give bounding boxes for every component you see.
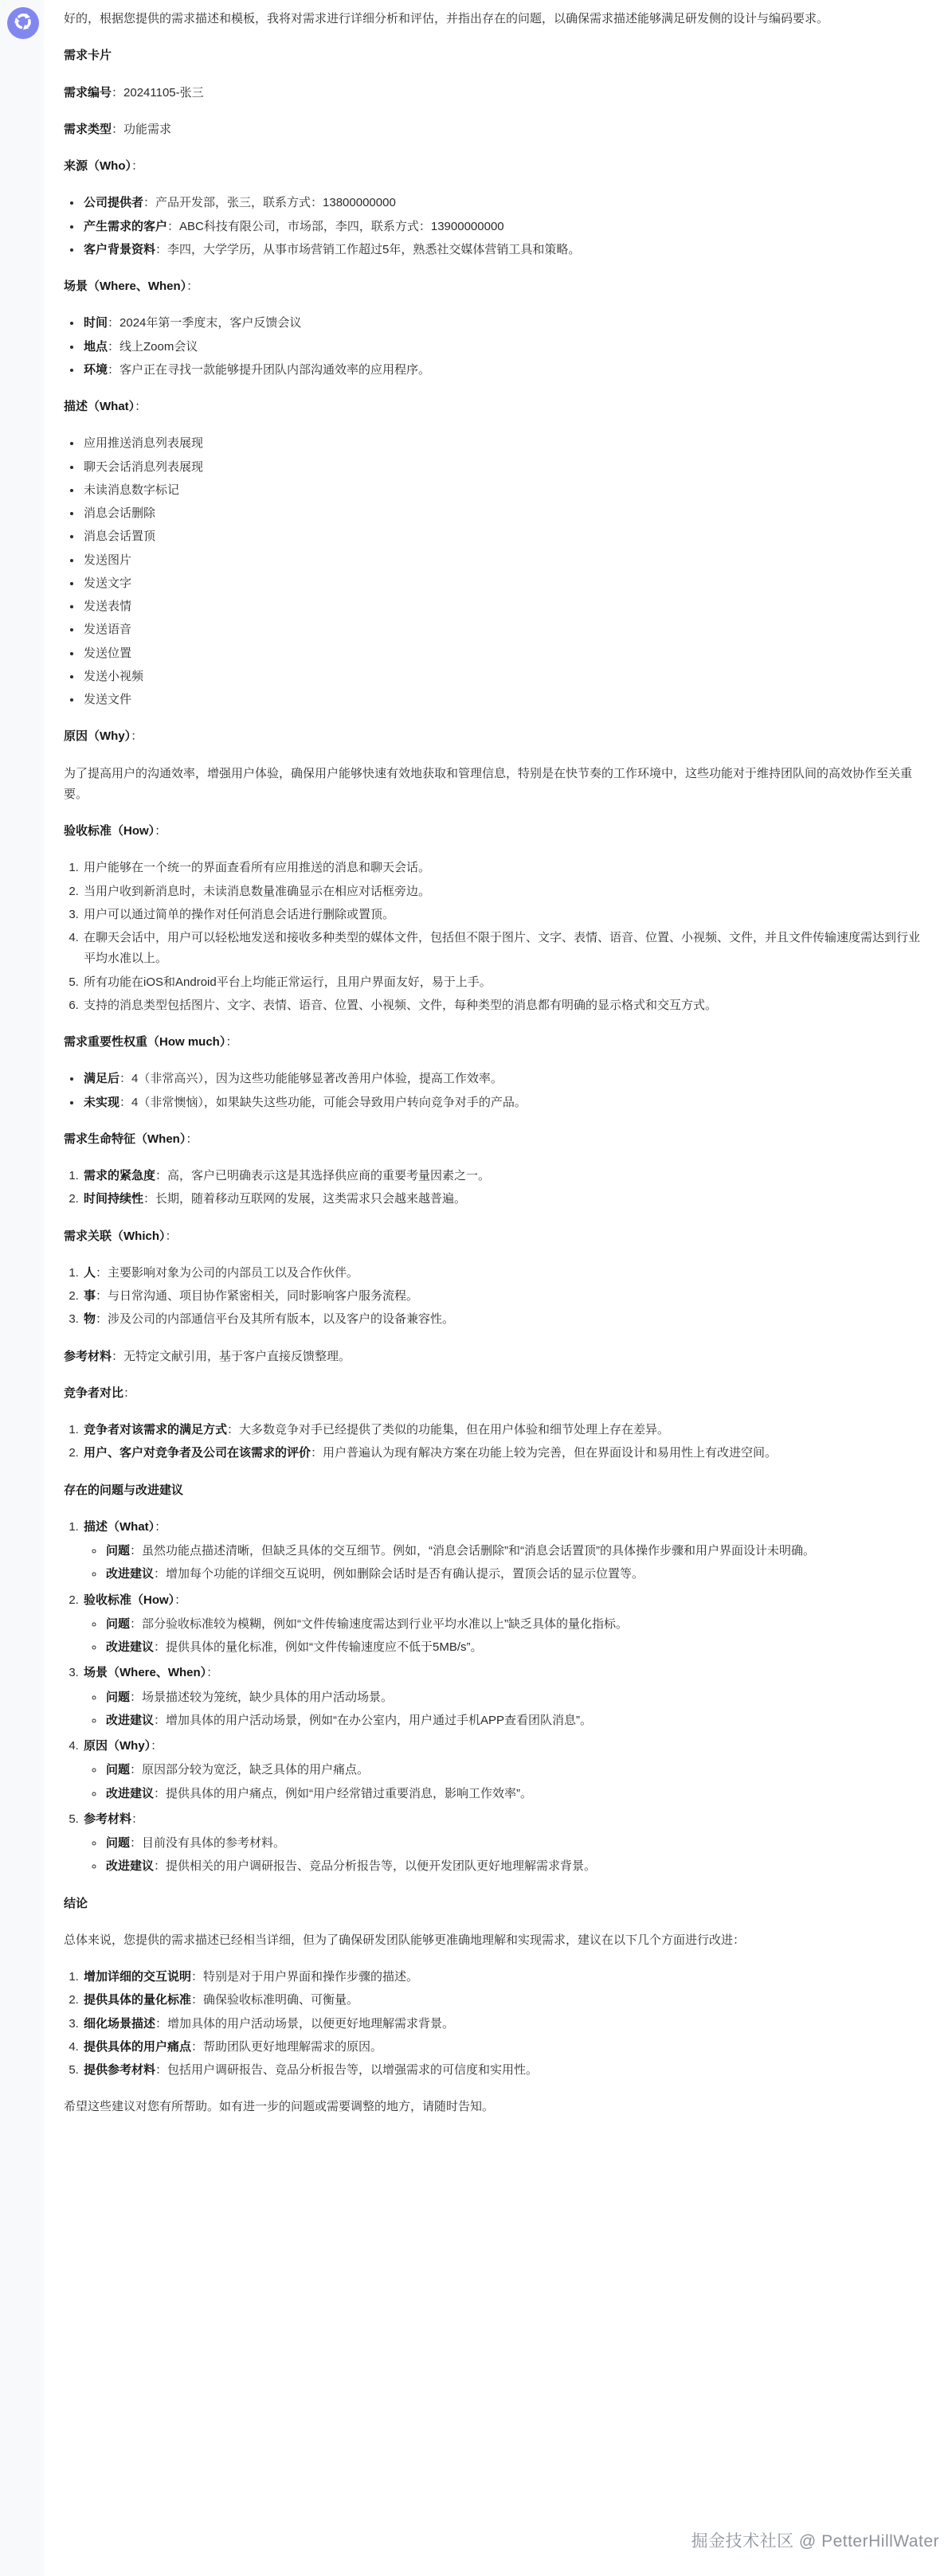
- text-run: ：目前没有具体的参考材料。: [130, 1836, 285, 1850]
- text-run: 总体来说，您提供的需求描述已经相当详细，但为了确保研发团队能够更准确地理解和实现…: [64, 1933, 745, 1947]
- list-item: 参考材料：问题：目前没有具体的参考材料。改进建议：提供相关的用户调研报告、竞品分…: [82, 1809, 927, 1878]
- ordered-list: 需求的紧急度：高，客户已明确表示这是其选择供应商的重要考量因素之一。时间持续性：…: [64, 1166, 927, 1210]
- list-item: 改进建议：提供具体的用户痛点，例如“用户经常错过重要消息，影响工作效率”。: [104, 1784, 927, 1804]
- text-run: ：4（非常懊恼），如果缺失这些功能，可能会导致用户转向竞争对手的产品。: [119, 1096, 527, 1109]
- list-item: 人：主要影响对象为公司的内部员工以及合作伙伴。: [82, 1263, 927, 1284]
- text-run: ：帮助团队更好地理解需求的原因。: [191, 2040, 382, 2054]
- list-item: 公司提供者：产品开发部，张三，联系方式：13800000000: [82, 193, 927, 213]
- text-run: ：: [155, 1520, 167, 1534]
- list-item: 环境：客户正在寻找一款能够提升团队内部沟通效率的应用程序。: [82, 360, 927, 381]
- text-run: ：: [135, 400, 147, 413]
- text-run: ：虽然功能点描述清晰，但缺乏具体的交互细节。例如，“消息会话删除”和“消息会话置…: [130, 1544, 815, 1558]
- paragraph: 存在的问题与改进建议: [64, 1480, 927, 1501]
- text-run: ：特别是对于用户界面和操作步骤的描述。: [191, 1970, 418, 1984]
- bullet-list: 问题：场景描述较为笼统，缺少具体的用户活动场景。改进建议：增加具体的用户活动场景…: [84, 1687, 927, 1732]
- text-run: ：涉及公司的内部通信平台及其所有版本，以及客户的设备兼容性。: [96, 1312, 454, 1326]
- bold-text: 改进建议: [106, 1567, 154, 1581]
- list-item: 问题：原因部分较为宽泛，缺乏具体的用户痛点。: [104, 1760, 927, 1781]
- text-run: 希望这些建议对您有所帮助。如有进一步的问题或需要调整的地方，请随时告知。: [64, 2100, 494, 2113]
- paragraph: 竞争者对比：: [64, 1383, 927, 1404]
- text-run: ：长期，随着移动互联网的发展，这类需求只会越来越普遍。: [143, 1192, 466, 1206]
- text-run: ：: [131, 729, 143, 743]
- bold-text: 提供参考材料: [84, 2063, 155, 2077]
- text-run: 在聊天会话中，用户可以轻松地发送和接收多种类型的媒体文件，包括但不限于图片、文字…: [84, 931, 920, 965]
- bold-text: 公司提供者: [84, 196, 143, 209]
- list-item: 事：与日常沟通、项目协作紧密相关，同时影响客户服务流程。: [82, 1286, 927, 1307]
- bold-text: 竞争者对比: [64, 1386, 123, 1400]
- bullet-list: 应用推送消息列表展现聊天会话消息列表展现未读消息数字标记消息会话删除消息会话置顶…: [64, 433, 927, 710]
- watermark: 掘金技术社区 @ PetterHillWater: [691, 2528, 939, 2552]
- paragraph: 需求编号：20241105-张三: [64, 83, 927, 104]
- paragraph: 描述（What）：: [64, 397, 927, 417]
- list-item: 消息会话置顶: [82, 526, 927, 547]
- text-run: ：包括用户调研报告、竞品分析报告等，以增强需求的可信度和实用性。: [155, 2063, 538, 2077]
- ordered-list: 描述（What）：问题：虽然功能点描述清晰，但缺乏具体的交互细节。例如，“消息会…: [64, 1517, 927, 1878]
- list-item: 发送小视频: [82, 666, 927, 687]
- text-run: ：原因部分较为宽泛，缺乏具体的用户痛点。: [130, 1763, 369, 1777]
- text-run: 发送小视频: [84, 670, 143, 683]
- bold-text: 提供具体的量化标准: [84, 1993, 191, 2007]
- text-run: 支持的消息类型包括图片、文字、表情、语音、位置、小视频、文件，每种类型的消息都有…: [84, 999, 717, 1012]
- text-run: 当用户收到新消息时，未读消息数量准确显示在相应对话框旁边。: [84, 885, 430, 898]
- list-item: 问题：虽然功能点描述清晰，但缺乏具体的交互细节。例如，“消息会话删除”和“消息会…: [104, 1541, 927, 1562]
- text-run: ：功能需求: [112, 123, 171, 136]
- list-item: 改进建议：增加每个功能的详细交互说明，例如删除会话时是否有确认提示，置顶会话的显…: [104, 1564, 927, 1585]
- ordered-list: 人：主要影响对象为公司的内部员工以及合作伙伴。事：与日常沟通、项目协作紧密相关，…: [64, 1263, 927, 1331]
- text-run: ：: [155, 824, 167, 838]
- list-item: 提供参考材料：包括用户调研报告、竞品分析报告等，以增强需求的可信度和实用性。: [82, 2060, 927, 2081]
- text-run: 发送文件: [84, 693, 131, 706]
- text-run: ：高，客户已明确表示这是其选择供应商的重要考量因素之一。: [155, 1169, 490, 1182]
- list-item: 未实现：4（非常懊恼），如果缺失这些功能，可能会导致用户转向竞争对手的产品。: [82, 1093, 927, 1113]
- bold-text: 需求关联（Which）: [64, 1229, 166, 1243]
- text-run: 消息会话置顶: [84, 530, 155, 543]
- bold-text: 细化场景描述: [84, 2017, 155, 2031]
- ordered-list: 用户能够在一个统一的界面查看所有应用推送的消息和聊天会话。当用户收到新消息时，未…: [64, 858, 927, 1016]
- text-run: 发送语音: [84, 623, 131, 636]
- text-run: 发送位置: [84, 647, 131, 660]
- list-item: 时间：2024年第一季度末，客户反馈会议: [82, 313, 927, 334]
- list-item: 发送文件: [82, 690, 927, 710]
- list-item: 改进建议：增加具体的用户活动场景，例如“在办公室内，用户通过手机APP查看团队消…: [104, 1710, 927, 1731]
- paragraph: 好的，根据您提供的需求描述和模板，我将对需求进行详细分析和评估，并指出存在的问题…: [64, 9, 927, 29]
- bold-text: 描述（What）: [64, 400, 135, 413]
- text-run: 所有功能在iOS和Android平台上均能正常运行，且用户界面友好，易于上手。: [84, 975, 492, 989]
- paragraph: 需求关联（Which）：: [64, 1226, 927, 1247]
- text-run: ：确保验收标准明确、可衡量。: [191, 1993, 358, 2007]
- list-item: 发送文字: [82, 573, 927, 594]
- list-item: 发送表情: [82, 596, 927, 617]
- text-run: ：增加具体的用户活动场景，以便更好地理解需求背景。: [155, 2017, 454, 2031]
- text-run: ：: [225, 1035, 237, 1049]
- bold-text: 改进建议: [106, 1787, 154, 1800]
- ordered-list: 增加详细的交互说明：特别是对于用户界面和操作步骤的描述。提供具体的量化标准：确保…: [64, 1967, 927, 2081]
- list-item: 满足后：4（非常高兴），因为这些功能能够显著改善用户体验，提高工作效率。: [82, 1069, 927, 1089]
- text-run: ：: [131, 1812, 143, 1826]
- bold-text: 未实现: [84, 1096, 119, 1109]
- list-item: 用户可以通过简单的操作对任何消息会话进行删除或置顶。: [82, 905, 927, 925]
- paragraph: 参考材料：无特定文献引用，基于客户直接反馈整理。: [64, 1347, 927, 1367]
- bullet-list: 问题：原因部分较为宽泛，缺乏具体的用户痛点。改进建议：提供具体的用户痛点，例如“…: [84, 1760, 927, 1804]
- bold-text: 需求生命特征（When）: [64, 1132, 186, 1146]
- list-item: 用户能够在一个统一的界面查看所有应用推送的消息和聊天会话。: [82, 858, 927, 878]
- text-run: ：提供具体的量化标准，例如“文件传输速度应不低于5MB/s”。: [154, 1640, 483, 1654]
- list-item: 细化场景描述：增加具体的用户活动场景，以便更好地理解需求背景。: [82, 2014, 927, 2035]
- paragraph: 结论: [64, 1894, 927, 1914]
- list-item: 验收标准（How）：问题：部分验收标准较为模糊，例如“文件传输速度需达到行业平均…: [82, 1590, 927, 1659]
- paragraph: 场景（Where、When）：: [64, 276, 927, 297]
- text-run: ：: [166, 1229, 178, 1243]
- bold-text: 原因（Why）: [64, 729, 131, 743]
- text-run: 消息会话删除: [84, 506, 155, 520]
- list-item: 物：涉及公司的内部通信平台及其所有版本，以及客户的设备兼容性。: [82, 1309, 927, 1330]
- text-run: 应用推送消息列表展现: [84, 436, 203, 450]
- list-item: 应用推送消息列表展现: [82, 433, 927, 454]
- list-item: 提供具体的用户痛点：帮助团队更好地理解需求的原因。: [82, 2037, 927, 2058]
- bold-text: 改进建议: [106, 1640, 154, 1654]
- bullet-list: 时间：2024年第一季度末，客户反馈会议地点：线上Zoom会议环境：客户正在寻找…: [64, 313, 927, 381]
- list-item: 时间持续性：长期，随着移动互联网的发展，这类需求只会越来越普遍。: [82, 1189, 927, 1210]
- list-item: 未读消息数字标记: [82, 480, 927, 501]
- list-item: 增加详细的交互说明：特别是对于用户界面和操作步骤的描述。: [82, 1967, 927, 1988]
- text-run: 好的，根据您提供的需求描述和模板，我将对需求进行详细分析和评估，并指出存在的问题…: [64, 12, 829, 25]
- paragraph: 验收标准（How）：: [64, 821, 927, 842]
- paragraph: 希望这些建议对您有所帮助。如有进一步的问题或需要调整的地方，请随时告知。: [64, 2097, 927, 2117]
- paragraph: 需求重要性权重（How much）：: [64, 1032, 927, 1053]
- bullet-list: 问题：目前没有具体的参考材料。改进建议：提供相关的用户调研报告、竞品分析报告等，…: [84, 1833, 927, 1878]
- text-run: ：: [131, 159, 143, 173]
- list-item: 当用户收到新消息时，未读消息数量准确显示在相应对话框旁边。: [82, 881, 927, 902]
- bold-text: 满足后: [84, 1072, 119, 1085]
- list-item: 消息会话删除: [82, 503, 927, 524]
- list-item: 所有功能在iOS和Android平台上均能正常运行，且用户界面友好，易于上手。: [82, 972, 927, 993]
- text-run: 发送表情: [84, 600, 131, 613]
- bold-text: 需求重要性权重（How much）: [64, 1035, 225, 1049]
- bold-text: 物: [84, 1312, 96, 1326]
- bold-text: 问题: [106, 1691, 130, 1704]
- bold-text: 参考材料: [64, 1350, 112, 1363]
- bold-text: 事: [84, 1289, 96, 1303]
- message-body: 好的，根据您提供的需求描述和模板，我将对需求进行详细分析和评估，并指出存在的问题…: [64, 0, 927, 2190]
- bold-text: 原因（Why）: [84, 1739, 151, 1753]
- bold-text: 场景（Where、When）: [84, 1666, 206, 1679]
- bold-text: 需求编号: [64, 86, 112, 100]
- list-item: 问题：目前没有具体的参考材料。: [104, 1833, 927, 1854]
- text-run: ：大多数竞争对手已经提供了类似的功能集，但在用户体验和细节处理上存在差异。: [227, 1423, 669, 1437]
- bold-text: 问题: [106, 1763, 130, 1777]
- text-run: ：提供具体的用户痛点，例如“用户经常错过重要消息，影响工作效率”。: [154, 1787, 532, 1800]
- bold-text: 需求的紧急度: [84, 1169, 155, 1182]
- list-item: 发送图片: [82, 550, 927, 571]
- text-run: 发送图片: [84, 553, 131, 567]
- list-item: 用户、客户对竞争者及公司在该需求的评价：用户普遍认为现有解决方案在功能上较为完善…: [82, 1443, 927, 1464]
- bold-text: 人: [84, 1266, 96, 1280]
- text-run: ：客户正在寻找一款能够提升团队内部沟通效率的应用程序。: [108, 363, 430, 377]
- bullet-list: 公司提供者：产品开发部，张三，联系方式：13800000000产生需求的客户：A…: [64, 193, 927, 260]
- text-run: ：无特定文献引用，基于客户直接反馈整理。: [112, 1350, 351, 1363]
- text-run: ：场景描述较为笼统，缺少具体的用户活动场景。: [130, 1691, 393, 1704]
- list-item: 原因（Why）：问题：原因部分较为宽泛，缺乏具体的用户痛点。改进建议：提供具体的…: [82, 1736, 927, 1804]
- bold-text: 存在的问题与改进建议: [64, 1483, 183, 1497]
- bold-text: 时间持续性: [84, 1192, 143, 1206]
- text-run: ：: [186, 1132, 198, 1146]
- text-run: ：20241105-张三: [112, 86, 204, 100]
- bold-text: 来源（Who）: [64, 159, 131, 173]
- tri-arrow-logo-icon: [11, 10, 35, 37]
- text-run: ：: [151, 1739, 163, 1753]
- bold-text: 需求类型: [64, 123, 112, 136]
- list-item: 问题：部分验收标准较为模糊，例如“文件传输速度需达到行业平均水准以上”缺乏具体的…: [104, 1614, 927, 1635]
- list-item: 竞争者对该需求的满足方式：大多数竞争对手已经提供了类似的功能集，但在用户体验和细…: [82, 1420, 927, 1440]
- bullet-list: 问题：虽然功能点描述清晰，但缺乏具体的交互细节。例如，“消息会话删除”和“消息会…: [84, 1541, 927, 1585]
- bold-text: 地点: [84, 340, 108, 354]
- paragraph: 需求类型：功能需求: [64, 119, 927, 140]
- bold-text: 改进建议: [106, 1859, 154, 1873]
- bold-text: 提供具体的用户痛点: [84, 2040, 191, 2054]
- text-run: ：增加每个功能的详细交互说明，例如删除会话时是否有确认提示，置顶会话的显示位置等…: [154, 1567, 644, 1581]
- bold-text: 用户、客户对竞争者及公司在该需求的评价: [84, 1446, 311, 1460]
- bold-text: 参考材料: [84, 1812, 131, 1826]
- text-run: ：线上Zoom会议: [108, 340, 198, 354]
- text-run: ：提供相关的用户调研报告、竞品分析报告等，以便开发团队更好地理解需求背景。: [154, 1859, 596, 1873]
- bold-text: 结论: [64, 1897, 88, 1910]
- text-run: ：ABC科技有限公司，市场部，李四，联系方式：13900000000: [167, 220, 504, 233]
- list-item: 需求的紧急度：高，客户已明确表示这是其选择供应商的重要考量因素之一。: [82, 1166, 927, 1186]
- text-run: ：产品开发部，张三，联系方式：13800000000: [143, 196, 396, 209]
- text-run: ：主要影响对象为公司的内部员工以及合作伙伴。: [96, 1266, 358, 1280]
- text-run: ：: [206, 1666, 218, 1679]
- text-run: ：部分验收标准较为模糊，例如“文件传输速度需达到行业平均水准以上”缺乏具体的量化…: [130, 1617, 628, 1631]
- text-run: 用户能够在一个统一的界面查看所有应用推送的消息和聊天会话。: [84, 861, 430, 874]
- list-item: 发送位置: [82, 643, 927, 664]
- list-item: 在聊天会话中，用户可以轻松地发送和接收多种类型的媒体文件，包括但不限于图片、文字…: [82, 928, 927, 970]
- bold-text: 时间: [84, 316, 108, 330]
- assistant-avatar: [7, 7, 39, 39]
- text-run: ：增加具体的用户活动场景，例如“在办公室内，用户通过手机APP查看团队消息”。: [154, 1714, 592, 1727]
- bold-text: 产生需求的客户: [84, 220, 167, 233]
- ordered-list: 竞争者对该需求的满足方式：大多数竞争对手已经提供了类似的功能集，但在用户体验和细…: [64, 1420, 927, 1464]
- list-item: 发送语音: [82, 620, 927, 640]
- bold-text: 验收标准（How）: [64, 824, 155, 838]
- avatar-rail: [0, 0, 44, 2576]
- text-run: ：与日常沟通、项目协作紧密相关，同时影响客户服务流程。: [96, 1289, 418, 1303]
- text-run: 为了提高用户的沟通效率，增强用户体验，确保用户能够快速有效地获取和管理信息，特别…: [64, 767, 912, 801]
- list-item: 支持的消息类型包括图片、文字、表情、语音、位置、小视频、文件，每种类型的消息都有…: [82, 995, 927, 1016]
- text-run: ：4（非常高兴），因为这些功能能够显著改善用户体验，提高工作效率。: [119, 1072, 503, 1085]
- text-run: ：2024年第一季度末，客户反馈会议: [108, 316, 301, 330]
- bold-text: 验收标准（How）: [84, 1593, 174, 1607]
- list-item: 地点：线上Zoom会议: [82, 337, 927, 358]
- bold-text: 问题: [106, 1836, 130, 1850]
- paragraph: 总体来说，您提供的需求描述已经相当详细，但为了确保研发团队能够更准确地理解和实现…: [64, 1930, 927, 1951]
- paragraph: 来源（Who）：: [64, 156, 927, 177]
- bold-text: 问题: [106, 1544, 130, 1558]
- bold-text: 竞争者对该需求的满足方式: [84, 1423, 227, 1437]
- bold-text: 改进建议: [106, 1714, 154, 1727]
- bold-text: 环境: [84, 363, 108, 377]
- text-run: ：: [123, 1386, 135, 1400]
- paragraph: 需求生命特征（When）：: [64, 1129, 927, 1150]
- list-item: 描述（What）：问题：虽然功能点描述清晰，但缺乏具体的交互细节。例如，“消息会…: [82, 1517, 927, 1585]
- text-run: 聊天会话消息列表展现: [84, 460, 203, 474]
- list-item: 场景（Where、When）：问题：场景描述较为笼统，缺少具体的用户活动场景。改…: [82, 1663, 927, 1731]
- paragraph: 为了提高用户的沟通效率，增强用户体验，确保用户能够快速有效地获取和管理信息，特别…: [64, 764, 927, 806]
- list-item: 提供具体的量化标准：确保验收标准明确、可衡量。: [82, 1990, 927, 2011]
- bold-text: 描述（What）: [84, 1520, 155, 1534]
- bullet-list: 问题：部分验收标准较为模糊，例如“文件传输速度需达到行业平均水准以上”缺乏具体的…: [84, 1614, 927, 1659]
- bold-text: 场景（Where、When）: [64, 279, 186, 293]
- chat-message-page: 好的，根据您提供的需求描述和模板，我将对需求进行详细分析和评估，并指出存在的问题…: [0, 0, 952, 2576]
- paragraph: 需求卡片: [64, 45, 927, 66]
- paragraph: 原因（Why）：: [64, 726, 927, 747]
- text-run: ：李四，大学学历，从事市场营销工作超过5年，熟悉社交媒体营销工具和策略。: [155, 243, 580, 256]
- list-item: 客户背景资料：李四，大学学历，从事市场营销工作超过5年，熟悉社交媒体营销工具和策…: [82, 240, 927, 260]
- text-run: ：用户普遍认为现有解决方案在功能上较为完善，但在界面设计和易用性上有改进空间。: [311, 1446, 777, 1460]
- bold-text: 需求卡片: [64, 49, 112, 62]
- text-run: 未读消息数字标记: [84, 483, 179, 497]
- bold-text: 客户背景资料: [84, 243, 155, 256]
- text-run: 用户可以通过简单的操作对任何消息会话进行删除或置顶。: [84, 908, 394, 921]
- text-run: 发送文字: [84, 577, 131, 590]
- list-item: 问题：场景描述较为笼统，缺少具体的用户活动场景。: [104, 1687, 927, 1708]
- bullet-list: 满足后：4（非常高兴），因为这些功能能够显著改善用户体验，提高工作效率。未实现：…: [64, 1069, 927, 1113]
- list-item: 产生需求的客户：ABC科技有限公司，市场部，李四，联系方式：1390000000…: [82, 217, 927, 237]
- text-run: ：: [186, 279, 198, 293]
- bold-text: 问题: [106, 1617, 130, 1631]
- list-item: 聊天会话消息列表展现: [82, 457, 927, 478]
- bold-text: 增加详细的交互说明: [84, 1970, 191, 1984]
- text-run: ：: [174, 1593, 186, 1607]
- list-item: 改进建议：提供相关的用户调研报告、竞品分析报告等，以便开发团队更好地理解需求背景…: [104, 1856, 927, 1877]
- list-item: 改进建议：提供具体的量化标准，例如“文件传输速度应不低于5MB/s”。: [104, 1637, 927, 1658]
